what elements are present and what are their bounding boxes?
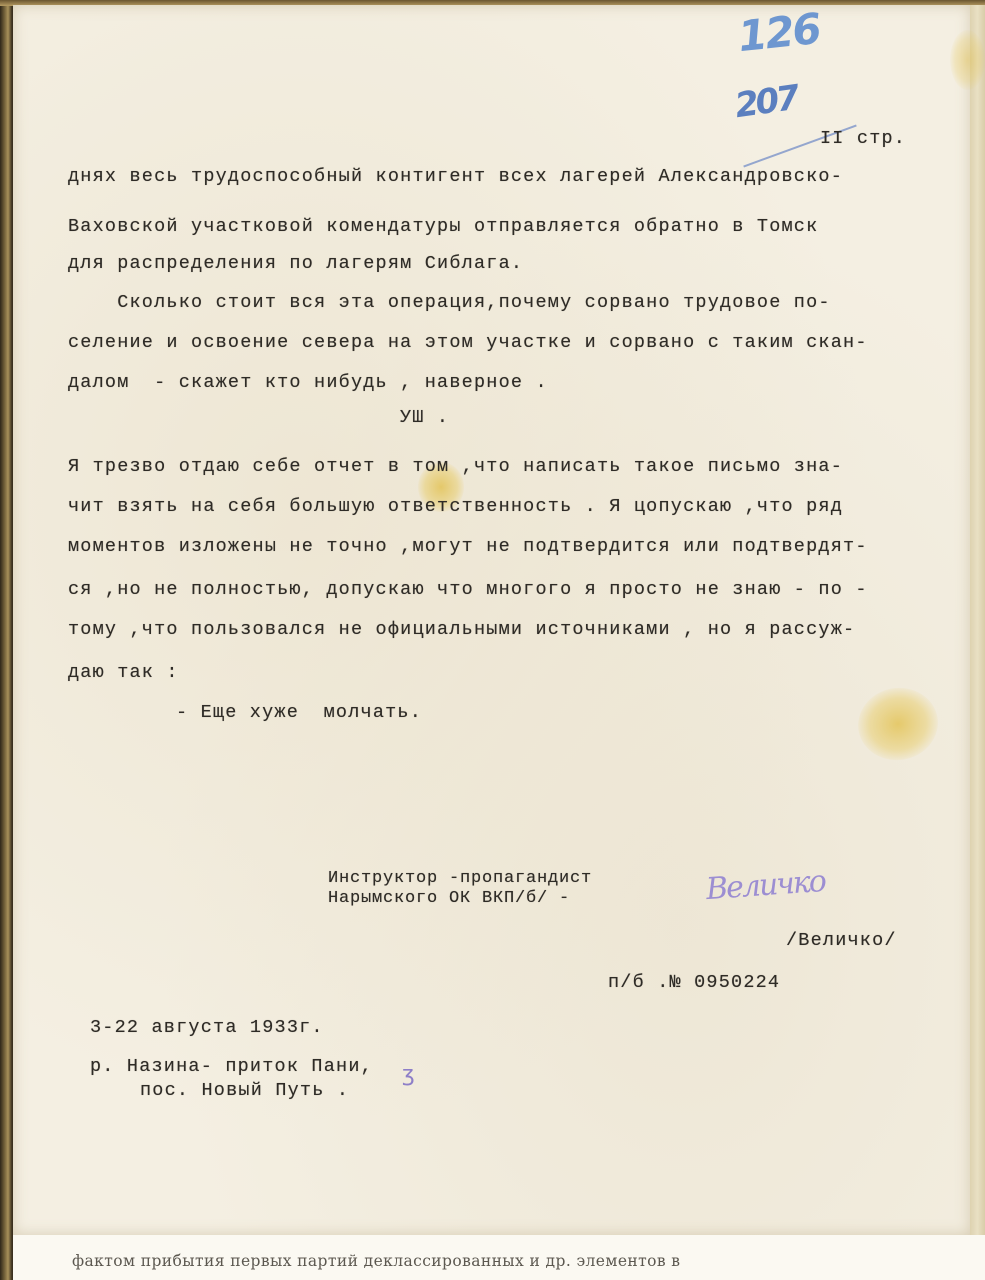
text-line: Я трезво отдаю себе отчет в том ,что нап… [68,456,843,477]
text-line: ся ,но не полностью, допускаю что многог… [68,579,868,600]
document-settlement: пос. Новый Путь . [140,1080,349,1101]
underlying-pages-edge [970,5,985,1235]
document-place: р. Назина- приток Пани, [90,1056,373,1077]
text-line: тому ,что пользовался не официальными ис… [68,619,855,640]
party-card-number: п/б .№ 0950224 [608,972,780,993]
section-heading: УШ . [400,407,449,428]
archive-folio-number-alt: 207 [733,78,800,126]
text-line: селение и освоение севера на этом участк… [68,332,868,353]
ink-correction-mark: ʒ [402,1062,415,1087]
text-line: дн­ях весь трудоспособный контигент всех… [68,166,843,187]
next-page-fragment: фактом прибытия первых партий деклассиро… [72,1252,680,1270]
page-number: II стр. [820,128,906,149]
text-line: чит взять на себя большую ответственност… [68,496,843,517]
book-binding-edge [0,0,13,1280]
text-line: Сколько стоит вся эта операция,почему со… [68,292,831,313]
text-line: далом - скажет кто нибудь , наверное . [68,372,548,393]
signatory-name: /Величко/ [786,930,897,951]
text-line: для распределения по лагерям Сиблага. [68,253,523,274]
text-line: даю так : [68,662,179,683]
document-date: 3-22 августа 1933г. [90,1017,324,1038]
text-line: моментов изложены не точно ,могут не под… [68,536,868,557]
water-stain [950,30,985,90]
signatory-title: Инструктор -пропагандист [328,870,592,887]
signatory-organization: Нарымского ОК ВКП/б/ - [328,890,570,907]
text-line: Ваховской участковой комендатуры отправл… [68,216,818,237]
closing-line: - Еще хуже молчать. [176,702,422,723]
archive-folio-number: 126 [736,4,822,61]
